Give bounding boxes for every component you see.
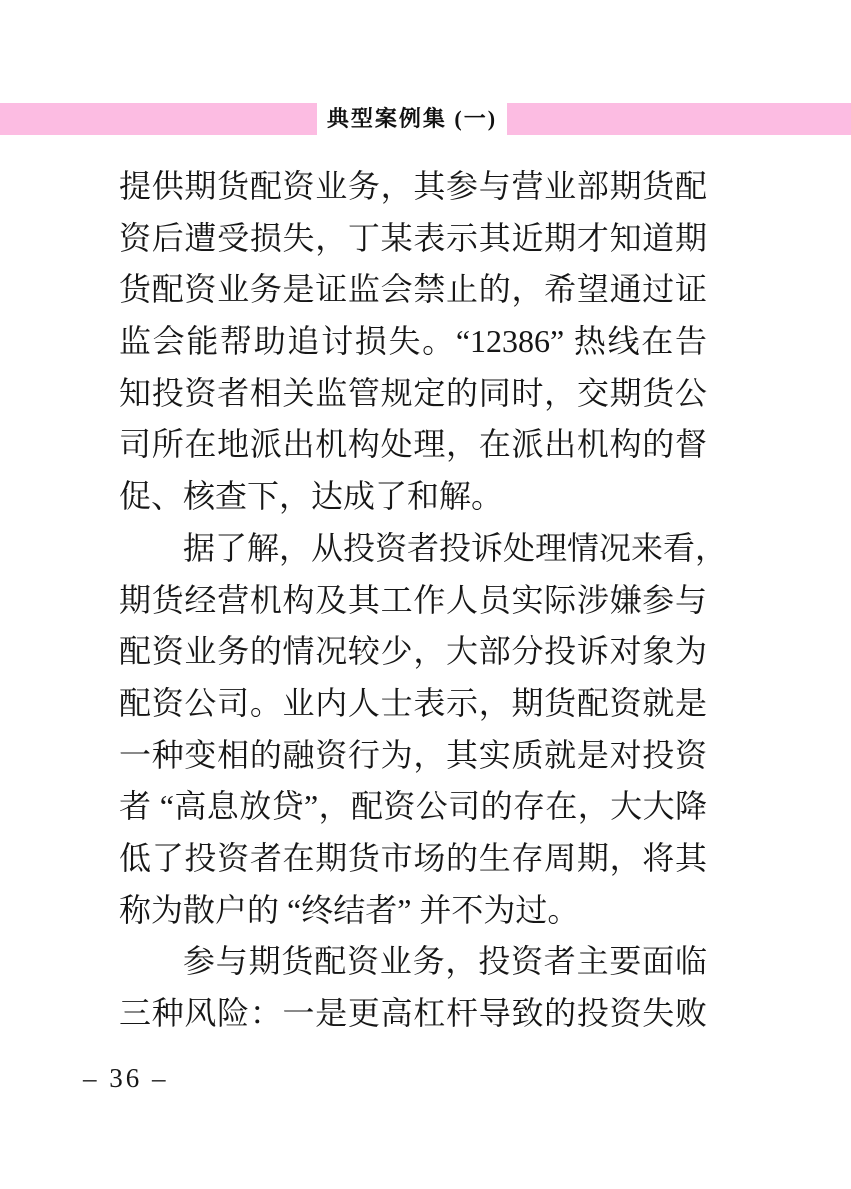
text-line: 监会能帮助追讨损失。“12386” 热线在告	[119, 316, 707, 368]
text-line: 据了解，从投资者投诉处理情况来看，	[119, 523, 707, 575]
page-number: – 36 –	[83, 1063, 169, 1094]
text-line: 期货经营机构及其工作人员实际涉嫌参与	[119, 575, 707, 627]
page-body: 提供期货配资业务，其参与营业部期货配 资后遭受损失，丁某表示其近期才知道期 货配…	[119, 161, 707, 1040]
text-line: 知投资者相关监管规定的同时，交期货公	[119, 368, 707, 420]
text-line: 提供期货配资业务，其参与营业部期货配	[119, 161, 707, 213]
header-band-right	[507, 103, 851, 135]
text-line: 资后遭受损失，丁某表示其近期才知道期	[119, 213, 707, 265]
text-line: 司所在地派出机构处理，在派出机构的督	[119, 419, 707, 471]
text-line: 配资公司。业内人士表示，期货配资就是	[119, 678, 707, 730]
text-line: 促、核查下，达成了和解。	[119, 471, 707, 523]
document-page: 典型案例集 (一) 提供期货配资业务，其参与营业部期货配 资后遭受损失，丁某表示…	[0, 0, 851, 1189]
text-line: 参与期货配资业务，投资者主要面临	[119, 936, 707, 988]
text-line: 称为散户的 “终结者” 并不为过。	[119, 885, 707, 937]
text-line: 三种风险：一是更高杠杆导致的投资失败	[119, 988, 707, 1040]
text-line: 者 “高息放贷”，配资公司的存在，大大降	[119, 781, 707, 833]
page-title: 典型案例集 (一)	[300, 102, 524, 136]
text-line: 一种变相的融资行为，其实质就是对投资	[119, 730, 707, 782]
text-line: 配资业务的情况较少，大部分投诉对象为	[119, 626, 707, 678]
header-band-left	[0, 103, 317, 135]
text-line: 货配资业务是证监会禁止的，希望通过证	[119, 264, 707, 316]
text-line: 低了投资者在期货市场的生存周期，将其	[119, 833, 707, 885]
